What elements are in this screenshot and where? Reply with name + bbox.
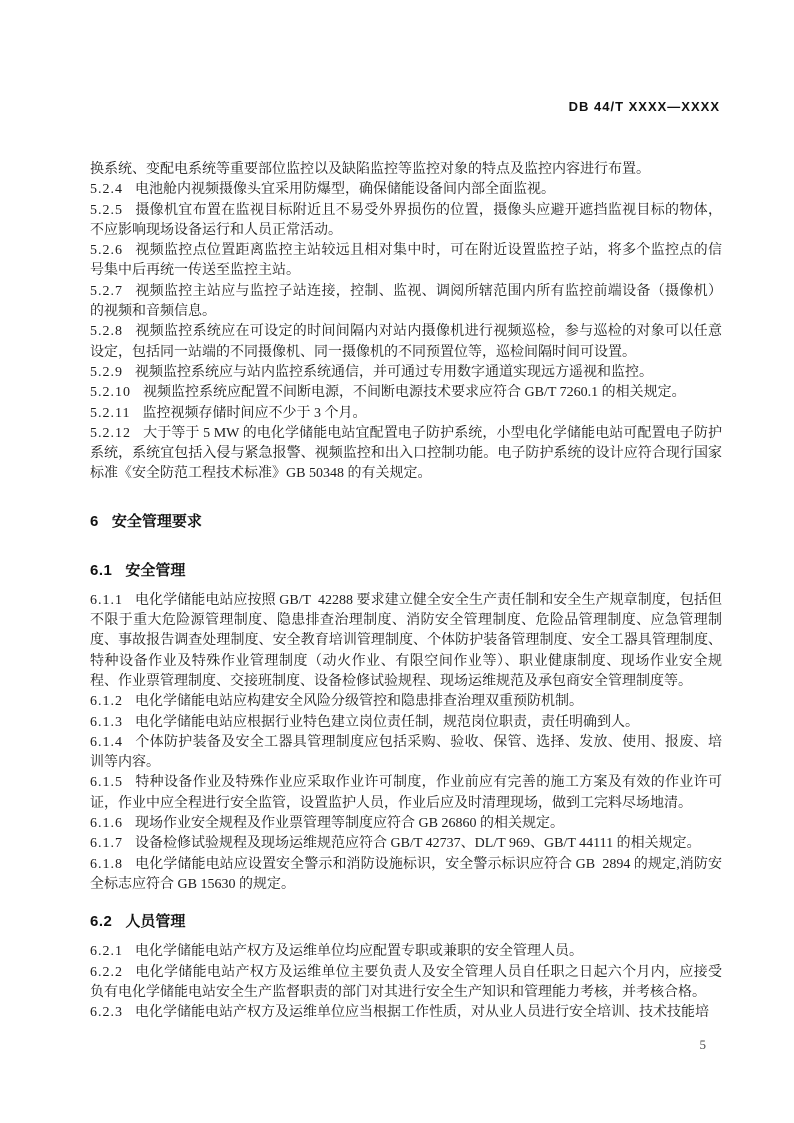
clause-number: 5.2.11 (90, 406, 130, 421)
clause-text: 电化学储能电站应按照 GB/T 42288 要求建立健全安全生产责任制和安全生产… (90, 593, 722, 689)
clause-number: 6.1.8 (90, 857, 123, 872)
clause-paragraph: 6.1.7设备检修试验规程及现场运维规范应符合 GB/T 42737、DL/T … (90, 834, 722, 854)
clause-text: 监控视频存储时间应不少于 3 个月。 (142, 406, 366, 421)
subsection-heading: 6.2人员管理 (90, 911, 722, 932)
clause-text: 电化学储能电站应构建安全风险分级管控和隐患排查治理双重预防机制。 (135, 694, 583, 709)
standard-number-header: DB 44/T XXXX—XXXX (74, 99, 720, 114)
clause-text: 视频监控系统应与站内监控系统通信，并可通过专用数字通道实现远方遥视和监控。 (135, 365, 653, 380)
clause-number: 6.1.3 (90, 715, 123, 730)
clause-paragraph: 5.2.9视频监控系统应与站内监控系统通信，并可通过专用数字通道实现远方遥视和监… (90, 363, 722, 383)
clause-number: 6.1.6 (90, 816, 123, 831)
clause-text: 电化学储能电站产权方及运维单位主要负责人及安全管理人员自任职之日起六个月内，应接… (90, 965, 722, 1000)
clause-paragraph: 5.2.11监控视频存储时间应不少于 3 个月。 (90, 404, 722, 424)
clause-text: 特种设备作业及特殊作业应采取作业许可制度，作业前应有完善的施工方案及有效的作业许… (90, 775, 722, 810)
subsection-heading: 6.1安全管理 (90, 560, 722, 581)
clause-paragraph: 5.2.8视频监控系统应在可设定的时间间隔内对站内摄像机进行视频巡检，参与巡检的… (90, 322, 722, 363)
clause-paragraph: 6.1.1电化学储能电站应按照 GB/T 42288 要求建立健全安全生产责任制… (90, 591, 722, 692)
clause-paragraph: 6.2.3电化学储能电站产权方及运维单位应当根据工作性质，对从业人员进行安全培训… (90, 1003, 722, 1023)
clause-number: 6.1.4 (90, 735, 123, 750)
clause-text: 大于等于 5 MW 的电化学储能电站宜配置电子防护系统，小型电化学储能电站可配置… (90, 426, 722, 482)
clause-text: 换系统、变配电系统等重要部位监控以及缺陷监控等监控对象的特点及监控内容进行布置。 (90, 162, 650, 177)
clause-text: 人员管理 (125, 913, 185, 930)
clause-number: 6.2.2 (90, 965, 123, 980)
clause-text: 电化学储能电站应设置安全警示和消防设施标识，安全警示标识应符合 GB 2894 … (90, 857, 722, 892)
clause-number: 6.1.2 (90, 694, 123, 709)
clause-paragraph: 6.1.3电化学储能电站应根据行业特色建立岗位责任制，规范岗位职责，责任明确到人… (90, 713, 722, 733)
clause-text: 电化学储能电站产权方及运维单位应当根据工作性质，对从业人员进行安全培训、技术技能… (135, 1005, 709, 1020)
clause-number: 5.2.12 (90, 426, 131, 441)
clause-number: 6.1.7 (90, 836, 123, 851)
clause-text: 电池舱内视频摄像头宜采用防爆型，确保储能设备间内部全面监视。 (135, 182, 555, 197)
clause-text: 电化学储能电站产权方及运维单位均应配置专职或兼职的安全管理人员。 (135, 944, 583, 959)
clause-paragraph: 6.1.6现场作业安全规程及作业票管理等制度应符合 GB 26860 的相关规定… (90, 814, 722, 834)
clause-paragraph: 5.2.10视频监控系统应配置不间断电源，不间断电源技术要求应符合 GB/T 7… (90, 383, 722, 403)
clause-paragraph: 5.2.4电池舱内视频摄像头宜采用防爆型，确保储能设备间内部全面监视。 (90, 180, 722, 200)
clause-paragraph: 6.1.5特种设备作业及特殊作业应采取作业许可制度，作业前应有完善的施工方案及有… (90, 773, 722, 814)
clause-paragraph: 6.1.8电化学储能电站应设置安全警示和消防设施标识，安全警示标识应符合 GB … (90, 855, 722, 896)
clause-text: 安全管理 (125, 562, 185, 579)
clause-paragraph: 5.2.5摄像机宜布置在监视目标附近且不易受外界损伤的位置，摄像头应避开遮挡监视… (90, 201, 722, 242)
clause-number: 6.1.1 (90, 593, 123, 608)
clause-paragraph: 6.1.4个体防护装备及安全工器具管理制度应包括采购、验收、保管、选择、发放、使… (90, 733, 722, 774)
document-page: DB 44/T XXXX—XXXX 换系统、变配电系统等重要部位监控以及缺陷监控… (0, 0, 794, 1123)
clause-text: 个体防护装备及安全工器具管理制度应包括采购、验收、保管、选择、发放、使用、报废、… (90, 735, 722, 770)
clause-number: 5.2.8 (90, 324, 123, 339)
clause-text: 视频监控系统应在可设定的时间间隔内对站内摄像机进行视频巡检，参与巡检的对象可以任… (90, 324, 722, 359)
clause-number: 5.2.6 (90, 243, 123, 258)
clause-number: 6.2.1 (90, 944, 123, 959)
clause-number: 5.2.9 (90, 365, 123, 380)
clause-text: 摄像机宜布置在监视目标附近且不易受外界损伤的位置，摄像头应避开遮挡监视目标的物体… (90, 203, 722, 238)
clause-paragraph: 5.2.7视频监控主站应与监控子站连接，控制、监视、调阅所辖范围内所有监控前端设… (90, 282, 722, 323)
clause-text: 设备检修试验规程及现场运维规范应符合 GB/T 42737、DL/T 969、G… (135, 836, 701, 851)
paragraph: 换系统、变配电系统等重要部位监控以及缺陷监控等监控对象的特点及监控内容进行布置。 (90, 160, 722, 180)
page-number: 5 (700, 1037, 707, 1053)
clause-number: 6.1.5 (90, 775, 123, 790)
clause-number: 6.2 (90, 913, 112, 930)
clause-number: 6 (90, 513, 99, 530)
clause-number: 5.2.5 (90, 203, 123, 218)
clause-number: 5.2.7 (90, 284, 123, 299)
clause-text: 电化学储能电站应根据行业特色建立岗位责任制，规范岗位职责，责任明确到人。 (135, 715, 639, 730)
clause-paragraph: 5.2.12大于等于 5 MW 的电化学储能电站宜配置电子防护系统，小型电化学储… (90, 424, 722, 485)
clause-paragraph: 6.2.2电化学储能电站产权方及运维单位主要负责人及安全管理人员自任职之日起六个… (90, 963, 722, 1004)
clause-text: 现场作业安全规程及作业票管理等制度应符合 GB 26860 的相关规定。 (135, 816, 564, 831)
clause-text: 视频监控点位置距离监控主站较远且相对集中时，可在附近设置监控子站，将多个监控点的… (90, 243, 722, 278)
clause-paragraph: 5.2.6视频监控点位置距离监控主站较远且相对集中时，可在附近设置监控子站，将多… (90, 241, 722, 282)
clause-number: 5.2.4 (90, 182, 123, 197)
clause-number: 6.1 (90, 562, 112, 579)
section-heading: 6安全管理要求 (90, 511, 722, 532)
clause-text: 视频监控主站应与监控子站连接，控制、监视、调阅所辖范围内所有监控前端设备（摄像机… (90, 284, 722, 319)
clause-number: 5.2.10 (90, 385, 131, 400)
clause-text: 视频监控系统应配置不间断电源，不间断电源技术要求应符合 GB/T 7260.1 … (143, 385, 686, 400)
clause-paragraph: 6.2.1电化学储能电站产权方及运维单位均应配置专职或兼职的安全管理人员。 (90, 942, 722, 962)
clause-text: 安全管理要求 (112, 513, 202, 530)
document-body: 换系统、变配电系统等重要部位监控以及缺陷监控等监控对象的特点及监控内容进行布置。… (90, 160, 722, 1023)
clause-paragraph: 6.1.2电化学储能电站应构建安全风险分级管控和隐患排查治理双重预防机制。 (90, 692, 722, 712)
clause-number: 6.2.3 (90, 1005, 123, 1020)
